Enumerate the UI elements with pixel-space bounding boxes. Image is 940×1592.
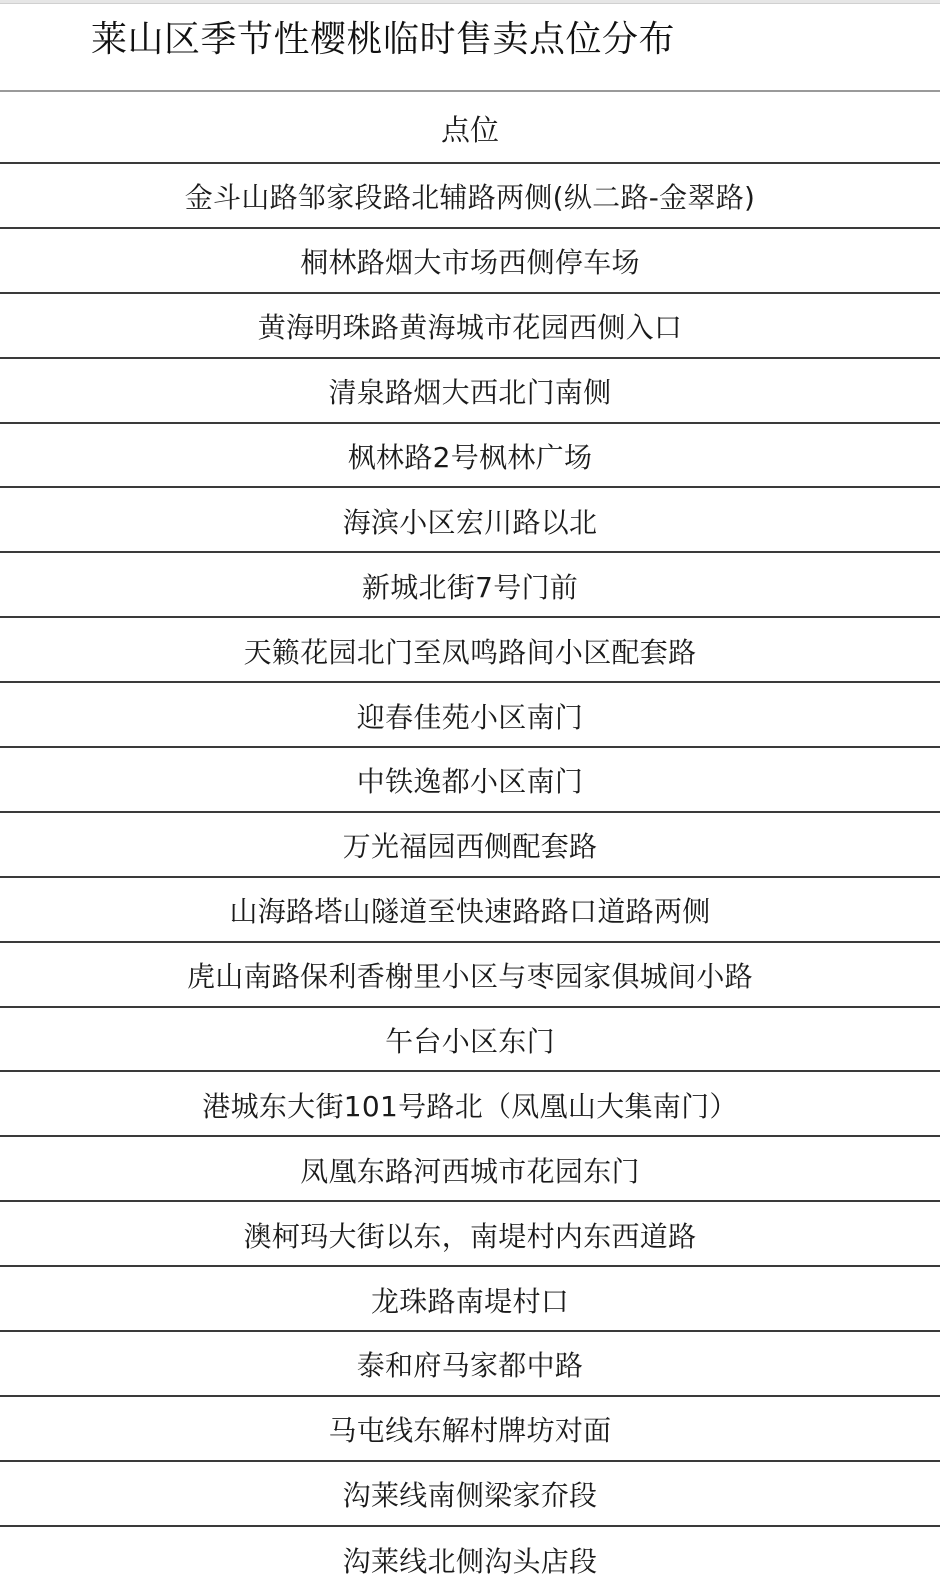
table-row: 天籁花园北门至凤鸣路间小区配套路 xyxy=(0,618,940,683)
locations-table: 点位 金斗山路邹家段路北辅路两侧(纵二路-金翠路) 桐林路烟大市场西侧停车场 黄… xyxy=(0,92,940,1592)
table-row: 港城东大街101号路北（凤凰山大集南门） xyxy=(0,1072,940,1137)
location-cell: 虎山南路保利香榭里小区与枣园家俱城间小路 xyxy=(187,955,753,995)
location-cell: 马屯线东解村牌坊对面 xyxy=(328,1409,611,1449)
table-row: 虎山南路保利香榭里小区与枣园家俱城间小路 xyxy=(0,943,940,1008)
table-row: 海滨小区宏川路以北 xyxy=(0,488,940,553)
location-cell: 迎春佳苑小区南门 xyxy=(357,696,583,736)
location-cell: 中铁逸都小区南门 xyxy=(357,760,583,800)
location-cell: 金斗山路邹家段路北辅路两侧(纵二路-金翠路) xyxy=(185,176,756,216)
table-header: 点位 xyxy=(0,92,940,164)
location-cell: 桐林路烟大市场西侧停车场 xyxy=(300,241,640,281)
location-cell: 海滨小区宏川路以北 xyxy=(343,501,598,541)
table-row: 桐林路烟大市场西侧停车场 xyxy=(0,229,940,294)
title-row: 莱山区季节性樱桃临时售卖点位分布 xyxy=(0,4,940,90)
table-row: 午台小区东门 xyxy=(0,1008,940,1073)
header-label: 点位 xyxy=(441,108,499,149)
table-row: 万光福园西侧配套路 xyxy=(0,813,940,878)
table-row: 澳柯玛大街以东，南堤村内东西道路 xyxy=(0,1202,940,1267)
location-cell: 黄海明珠路黄海城市花园西侧入口 xyxy=(258,306,683,346)
location-cell: 龙珠路南堤村口 xyxy=(371,1280,569,1320)
location-cell: 沟莱线北侧沟头店段 xyxy=(343,1540,598,1580)
location-cell: 万光福园西侧配套路 xyxy=(343,825,598,865)
table-row: 新城北街7号门前 xyxy=(0,553,940,618)
location-cell: 枫林路2号枫林广场 xyxy=(348,436,593,476)
table-row: 清泉路烟大西北门南侧 xyxy=(0,359,940,424)
location-cell: 泰和府马家都中路 xyxy=(357,1344,583,1384)
table-row: 金斗山路邹家段路北辅路两侧(纵二路-金翠路) xyxy=(0,164,940,229)
location-cell: 港城东大街101号路北（凤凰山大集南门） xyxy=(202,1085,737,1125)
table-row: 沟莱线北侧沟头店段 xyxy=(0,1527,940,1592)
table-row: 中铁逸都小区南门 xyxy=(0,748,940,813)
table-row: 山海路塔山隧道至快速路路口道路两侧 xyxy=(0,878,940,943)
location-cell: 天籁花园北门至凤鸣路间小区配套路 xyxy=(244,631,697,671)
table-row: 龙珠路南堤村口 xyxy=(0,1267,940,1332)
location-cell: 新城北街7号门前 xyxy=(362,566,578,606)
table-row: 枫林路2号枫林广场 xyxy=(0,424,940,489)
table-row: 沟莱线南侧梁家夼段 xyxy=(0,1462,940,1527)
table-row: 迎春佳苑小区南门 xyxy=(0,683,940,748)
table-row: 黄海明珠路黄海城市花园西侧入口 xyxy=(0,294,940,359)
table-row: 凤凰东路河西城市花园东门 xyxy=(0,1137,940,1202)
location-cell: 山海路塔山隧道至快速路路口道路两侧 xyxy=(229,890,710,930)
table-row: 泰和府马家都中路 xyxy=(0,1332,940,1397)
document-title: 莱山区季节性樱桃临时售卖点位分布 xyxy=(91,18,675,62)
location-cell: 凤凰东路河西城市花园东门 xyxy=(300,1150,640,1190)
location-cell: 清泉路烟大西北门南侧 xyxy=(328,371,611,411)
location-cell: 沟莱线南侧梁家夼段 xyxy=(343,1474,598,1514)
location-cell: 午台小区东门 xyxy=(385,1020,555,1060)
table-row: 马屯线东解村牌坊对面 xyxy=(0,1397,940,1462)
location-cell: 澳柯玛大街以东，南堤村内东西道路 xyxy=(244,1215,697,1255)
